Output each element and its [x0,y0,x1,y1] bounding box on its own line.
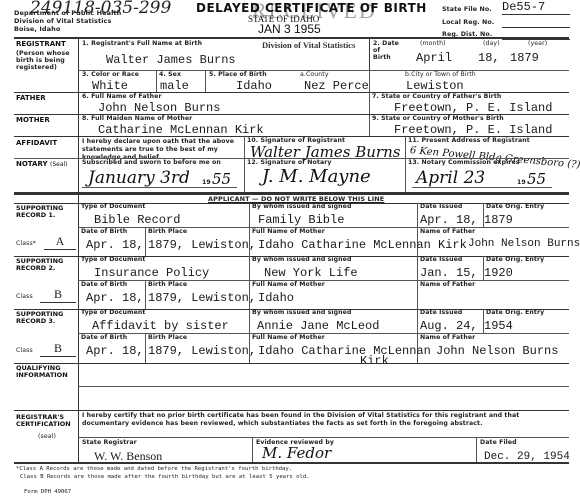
father-1: John Nelson Burns [468,238,580,250]
sworn-year-prefix: 19 [202,180,211,187]
dob-2: Apr. 18, [86,291,144,305]
dob-day: 18, [478,51,500,65]
rule [205,70,206,92]
section-father: FATHER [16,95,46,103]
commission-year-prefix: 19 [517,180,526,187]
doc-type-label-3: Type of Document [81,310,145,317]
state-file-number: De55-7 [502,0,570,15]
date-orig-label-2: Date Orig. Entry [486,257,544,264]
office-location: Boise, Idaho [14,26,60,33]
dob-1: Apr. 18, [86,238,144,252]
dob-day-label: (day) [483,41,500,48]
commission-date: April 23 [416,168,485,188]
sworn-text: Subscribed and sworn to before me on [82,160,221,167]
local-reg-field [502,27,570,28]
father-3: John Nelson Burns [436,344,558,358]
dob-label-1: Date of Birth [81,229,127,236]
city-label: b.City or Town of Birth [405,72,476,79]
class-label-1: Class* [16,241,36,248]
date-orig-2: 1920 [484,266,513,280]
commission-label: 13. Notary Commission expires [408,160,520,167]
class-label-3: Class [16,348,33,355]
issued-by-2: New York Life [264,266,358,280]
state-registrar-label: State Registrar [82,440,137,447]
stamp-division: Division of Vital Statistics [262,40,355,50]
doc-type-1: Bible Record [94,213,180,227]
place-value: Idaho [236,79,272,93]
commission-line [412,187,552,188]
birthplace-2: 1879, Lewiston, [148,291,256,305]
sex-label: 4. Sex [159,72,181,79]
birthplace-label-1: Birth Place [148,229,187,236]
rule [156,70,157,92]
footnote-class-a: *Class A Records are those made and date… [16,466,292,472]
rule [78,37,79,462]
doc-type-label-1: Type of Document [81,204,145,211]
notary-seal-label: (Seal) [50,161,68,168]
rule [417,256,418,309]
rule [145,280,146,309]
city-value: Lewiston [406,79,464,93]
dob-year: 1879 [510,51,539,65]
date-orig-label-3: Date Orig. Entry [486,310,544,317]
commission-year: 55 [527,170,546,188]
registrant-name: Walter James Burns [106,53,236,67]
registrant-name-label: 1. Registrant's Full Name at Birth [82,41,202,48]
date-orig-3: 1954 [484,319,513,333]
father-label-1: Name of Father [420,229,475,236]
father-name-label: 6. Full Name of Father [82,94,162,101]
dob-3: Apr. 18, [86,344,144,358]
mother-2: Idaho [258,291,294,305]
footnote-class-b: Class B Records are those made after the… [20,474,310,480]
issued-by-1: Family Bible [258,213,344,227]
state-file-label: State File No. [442,7,492,14]
local-reg-label: Local Reg. No. [442,20,494,27]
dob-label: 2. Date of Birth [373,41,399,61]
rule [78,437,569,438]
class-label-2: Class [16,294,33,301]
rule [14,363,569,364]
sworn-year: 55 [212,170,231,188]
father-label-2: Name of Father [420,282,475,289]
registrar-seal-label: (seal) [38,434,56,441]
father-birthplace: Freetown, P. E. Island [394,101,552,115]
date-orig-label-1: Date Orig. Entry [486,204,544,211]
supporting-record-3-label: SUPPORTING RECORD 3. [16,311,71,325]
notary-signature: J. M. Mayne [262,166,371,187]
county-value: Nez Perce [304,79,369,93]
form-number: Form DPH 49067 [24,489,71,495]
mother-label-3: Full Name of Mother [252,335,325,342]
rule [14,37,569,39]
date-filed-label: Date Filed [480,440,517,447]
issued-by-3: Annie Jane McLeod [257,319,379,333]
notary-label: NOTARY [16,160,48,168]
registrar-certification-label: REGISTRAR'S CERTIFICATION [16,414,76,428]
section-mother: MOTHER [16,117,50,125]
qualifying-information-label: QUALIFYING INFORMATION [16,365,71,379]
doc-type-label-2: Type of Document [81,257,145,264]
place-label: 5. Place of Birth [209,72,267,79]
date-issued-label-3: Date Issued [420,310,462,317]
mother-3: Idaho Catharine McLennan [258,344,431,358]
rule [369,70,370,92]
sworn-line [82,187,237,188]
evidence-reviewer-signature: M. Fedor [262,444,331,462]
date-issued-1: Apr. 18, [420,213,478,227]
race-label: 3. Color or Race [82,72,139,79]
class-value-2: B [40,287,76,303]
issued-by-label-1: By whom issued and signed [252,204,351,211]
dob-month: April [416,51,452,65]
supporting-record-1-label: SUPPORTING RECORD 1. [16,205,71,219]
section-notary: NOTARY (Seal) [16,161,68,169]
mother-name: Catharine McLennan Kirk [98,123,264,137]
mother-label-2: Full Name of Mother [252,282,325,289]
mother-birthplace-label: 9. State or Country of Mother's Birth [372,116,504,123]
supporting-record-2-label: SUPPORTING RECORD 2. [16,258,71,272]
rule [244,136,245,192]
address-label: 11. Present Address of Registrant [408,138,530,145]
rule [78,386,569,387]
doc-type-3: Affidavit by sister [92,319,229,333]
rule [369,37,370,70]
date-issued-3: Aug. 24, [420,319,478,333]
mother-3-continued: Kirk [360,354,389,368]
father-name: John Nelson Burns [98,101,220,115]
county-label: a.County [300,72,329,79]
rule [405,136,406,192]
mother-label-1: Full Name of Mother [252,229,325,236]
birthplace-label-3: Birth Place [148,335,187,342]
class-value-1: A [44,234,76,250]
certification-text: I hereby certify that no prior birth cer… [82,412,568,428]
section-registrant: REGISTRANT [16,41,66,49]
race-value: White [92,79,128,93]
rule [145,333,146,363]
birthplace-label-2: Birth Place [148,282,187,289]
issued-by-label-2: By whom issued and signed [252,257,351,264]
birthplace-3: 1879, Lewiston, [148,344,256,358]
sex-value: male [160,79,189,93]
rule [145,227,146,256]
sworn-date: January 3rd [88,168,190,188]
mother-birthplace: Freetown, P. E. Island [394,123,552,137]
rule [476,437,477,462]
dob-month-label: (month) [420,41,446,48]
rule [252,437,253,462]
date-orig-1: 1879 [484,213,513,227]
dob-label-3: Date of Birth [81,335,127,342]
class-value-3: B [40,341,76,357]
birthplace-1: 1879, Lewiston, [148,238,256,252]
dob-label-2: Date of Birth [81,282,127,289]
father-label-3: Name of Father [420,335,475,342]
mother-1: Idaho Catharine McLennan Kirk [258,238,467,252]
father-birthplace-label: 7. State or Country of Father's Birth [372,94,501,101]
doc-type-2: Insurance Policy [94,266,209,280]
date-issued-label-1: Date Issued [420,204,462,211]
date-issued-2: Jan. 15, [420,266,478,280]
date-issued-label-2: Date Issued [420,257,462,264]
dob-year-label: (year) [528,41,547,48]
section-affidavit: AFFIDAVIT [16,140,57,148]
mother-name-label: 8. Full Maiden Name of Mother [82,116,192,123]
issued-by-label-3: By whom issued and signed [252,310,351,317]
stamp-date: JAN 3 1955 [258,22,321,36]
rule [14,410,569,411]
registrant-note: (Person whose birth is being registered) [16,51,76,72]
rule [14,462,569,464]
